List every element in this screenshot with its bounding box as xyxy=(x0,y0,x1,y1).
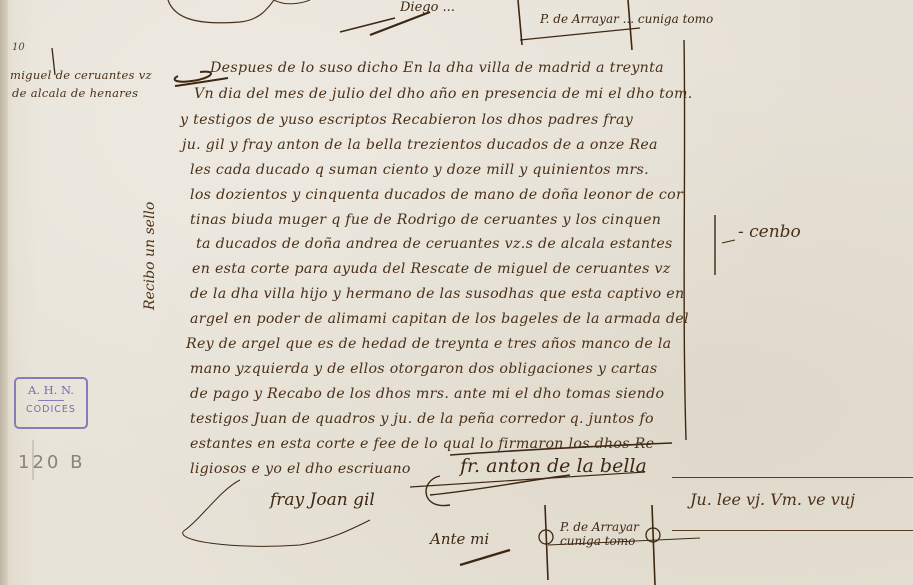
body-line: Despues de lo suso dicho En la dha villa… xyxy=(210,60,664,76)
body-line: los dozientos y cinquenta ducados de man… xyxy=(190,187,683,203)
signature-fray-juan-gil: fray Joan gil xyxy=(270,490,375,510)
body-line: ta ducados de doña andrea de ceruantes v… xyxy=(196,236,673,252)
body-line: estantes en esta corte e fee de lo qual … xyxy=(190,436,654,452)
right-sum-note: Ju. lee vj. Vm. ve vuj xyxy=(690,490,855,509)
archive-stamp: A. H. N. CODICES xyxy=(14,377,88,429)
body-line: Vn dia del mes de julio del dho año en p… xyxy=(194,86,693,102)
shelfmark: 120 B xyxy=(18,452,85,473)
body-line: argel en poder de alimami capitan de los… xyxy=(190,311,689,327)
right-margin-note: - cenbo xyxy=(738,222,801,242)
body-line: testigos Juan de quadros y ju. de la peñ… xyxy=(190,411,654,427)
top-signature-cuniga: P. de Arrayar ... cuniga tomo xyxy=(540,12,713,26)
stamp-divider xyxy=(38,400,64,401)
body-line: ligiosos e yo el dho escriuano xyxy=(190,461,411,477)
body-line: Rey de argel que es de hedad de treynta … xyxy=(186,336,671,352)
body-line: de pago y Recabo de los dhos mrs. ante m… xyxy=(190,386,664,402)
body-line: ju. gil y fray anton de la bella trezien… xyxy=(182,137,658,153)
body-line: mano yzquierda y de ellos otorgaron dos … xyxy=(190,361,657,377)
signature-fray-anton: fr. anton de la bella xyxy=(460,455,647,477)
margin-heading-line1: miguel de ceruantes vz xyxy=(10,68,152,82)
page-number: 10 xyxy=(12,42,25,53)
top-signature-notary: Diego ... xyxy=(400,0,455,15)
vertical-margin-note: Recibo un sello xyxy=(142,202,158,310)
signature-ante-mi: Ante mi xyxy=(430,530,489,548)
stamp-bottom-text: CODICES xyxy=(16,404,86,415)
margin-heading-line2: de alcala de henares xyxy=(12,86,138,100)
body-line: de la dha villa hijo y hermano de las su… xyxy=(190,286,684,302)
body-line: les cada ducado q suman ciento y doze mi… xyxy=(190,162,649,178)
body-line: tinas biuda muger q fue de Rodrigo de ce… xyxy=(190,212,661,228)
body-line: en esta corte para ayuda del Rescate de … xyxy=(192,261,671,277)
body-line: y testigos de yuso escriptos Recabieron … xyxy=(180,112,633,128)
stamp-top-text: A. H. N. xyxy=(16,383,86,397)
signature-notary-cuniga: P. de Arrayar cuniga tomo xyxy=(560,520,670,548)
